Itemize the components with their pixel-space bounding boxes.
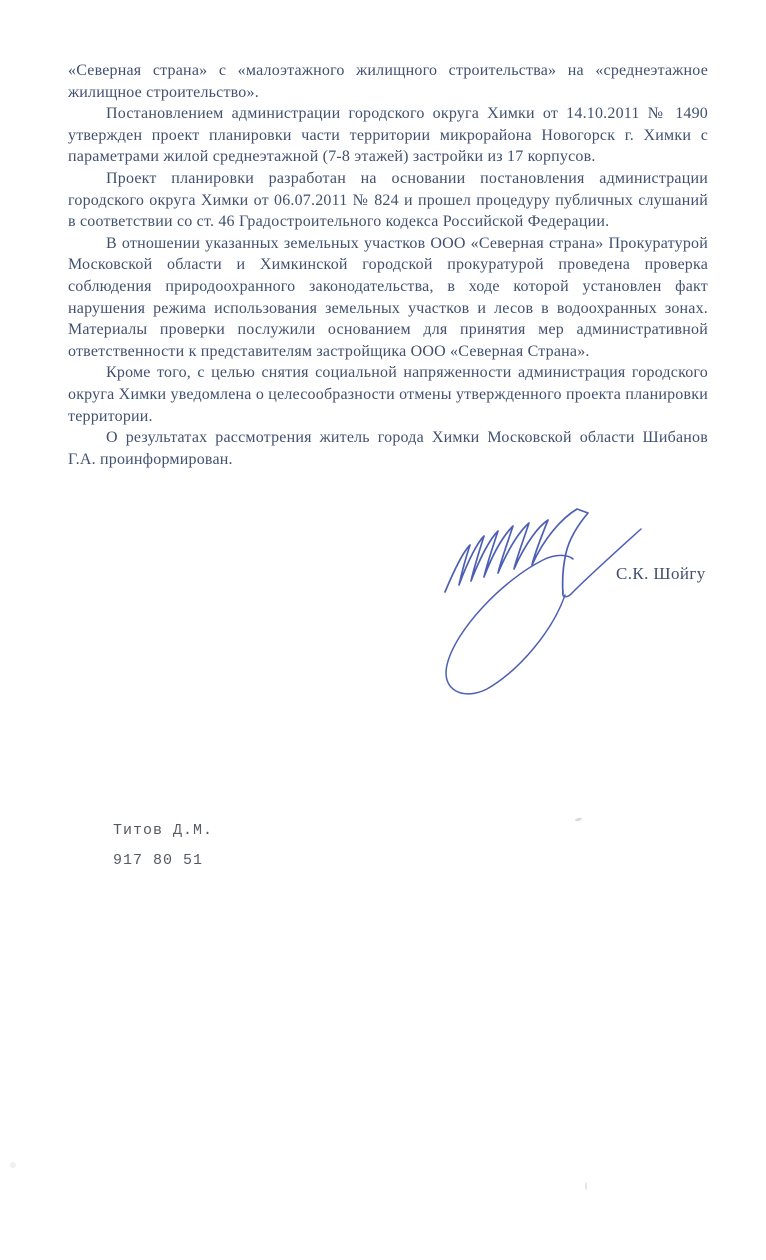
paragraph-planning-project: Проект планировки разработан на основани… bbox=[68, 168, 708, 233]
executor-name: Титов Д.М. bbox=[113, 816, 213, 846]
paragraph-prosecutor-check: В отношении указанных земельных участков… bbox=[68, 233, 708, 363]
paragraph-resolution-1490: Постановлением администрации городского … bbox=[68, 103, 708, 168]
paragraph-plan-cancellation: Кроме того, с целью снятия социальной на… bbox=[68, 362, 708, 427]
executor-phone: 917 80 51 bbox=[113, 846, 213, 876]
scanned-letter-page: «Северная страна» с «малоэтажного жилищн… bbox=[0, 0, 766, 1260]
scan-speck bbox=[575, 817, 583, 822]
scan-speck bbox=[585, 1182, 587, 1190]
paragraph-continuation: «Северная страна» с «малоэтажного жилищн… bbox=[68, 60, 708, 103]
scan-speck bbox=[10, 1162, 16, 1168]
signatory-name: С.К. Шойгу bbox=[616, 564, 706, 584]
handwritten-signature-icon bbox=[425, 500, 655, 700]
paragraph-applicant-informed: О результатах рассмотрения житель города… bbox=[68, 427, 708, 470]
letter-body: «Северная страна» с «малоэтажного жилищн… bbox=[68, 60, 708, 470]
executor-block: Титов Д.М. 917 80 51 bbox=[113, 816, 213, 876]
